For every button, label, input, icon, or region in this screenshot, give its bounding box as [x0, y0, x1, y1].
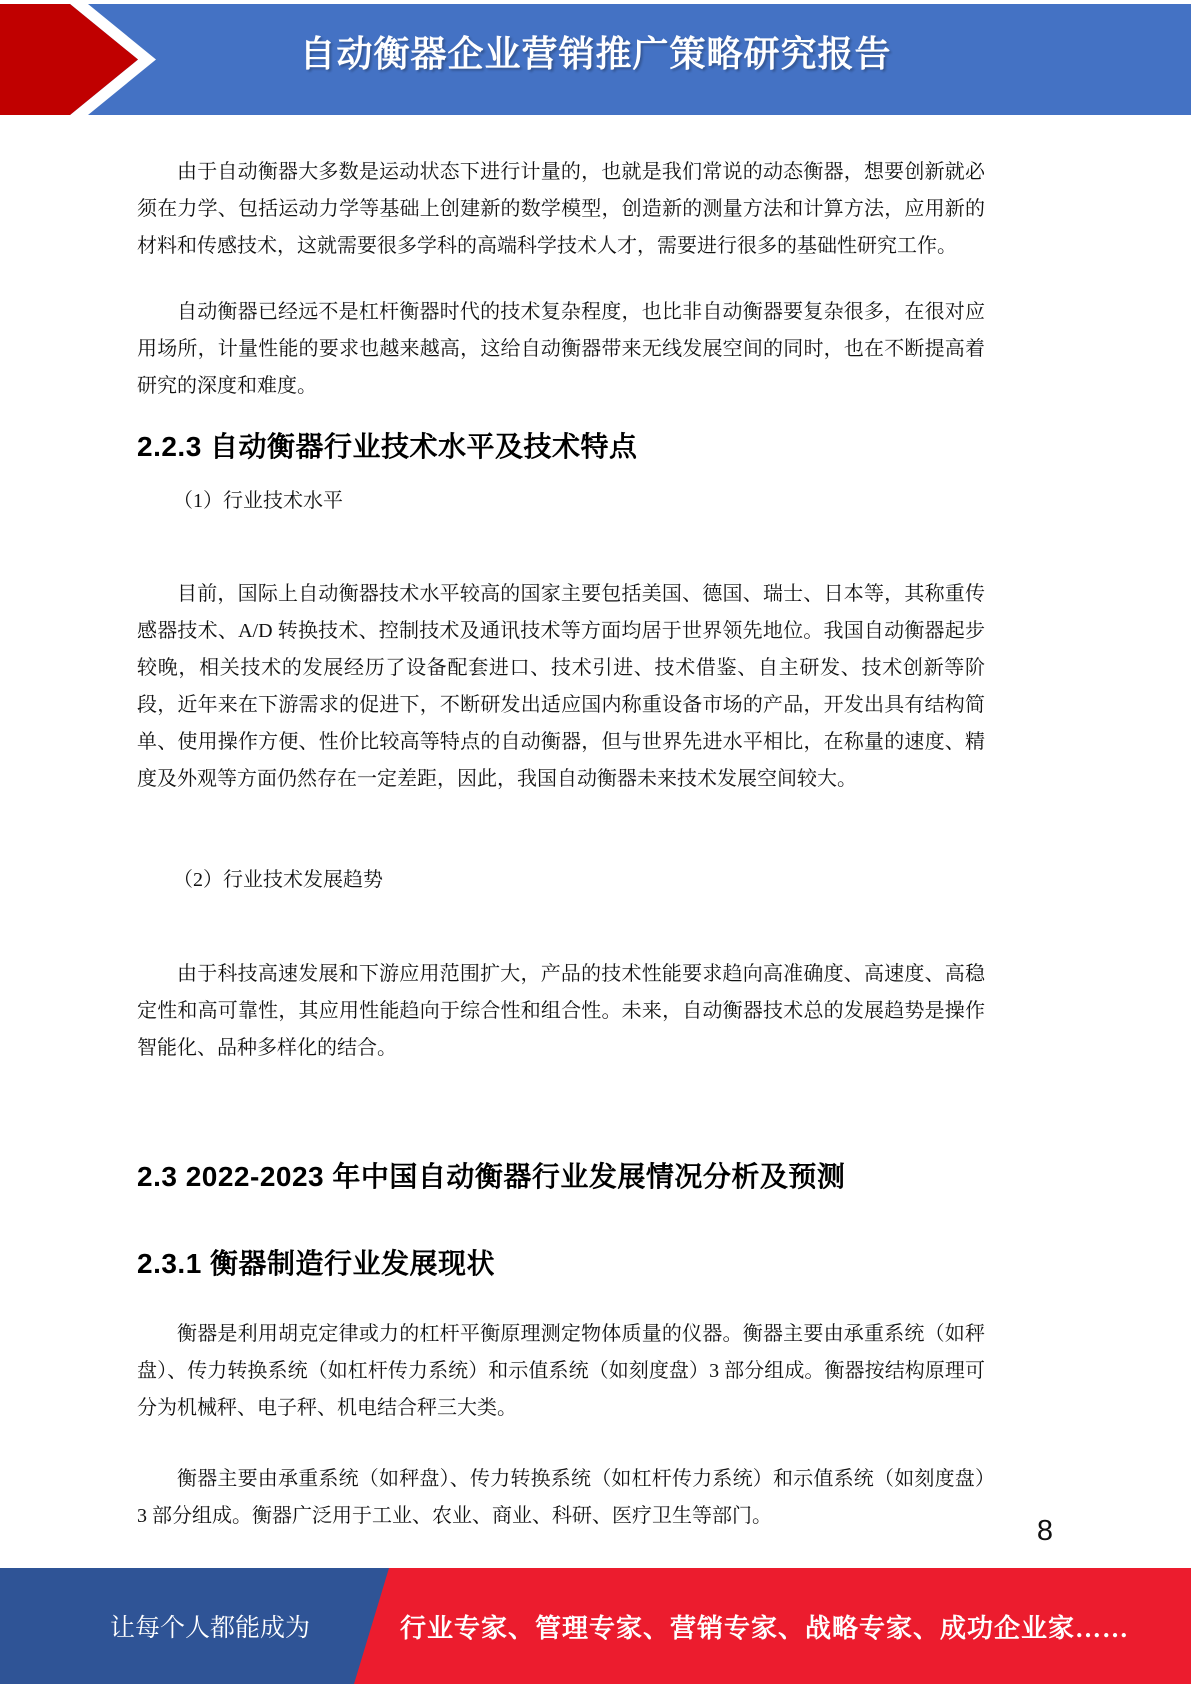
paragraph-scale-definition: 衡器是利用胡克定律或力的杠杆平衡原理测定物体质量的仪器。衡器主要由承重系统（如秤… — [137, 1316, 985, 1427]
paragraph-complexity: 自动衡器已经远不是杠杆衡器时代的技术复杂程度，也比非自动衡器要复杂很多，在很对应… — [137, 294, 985, 405]
paragraph-tech-level: 目前，国际上自动衡器技术水平较高的国家主要包括美国、德国、瑞士、日本等，其称重传… — [137, 576, 985, 798]
subitem-tech-trend: （2）行业技术发展趋势 — [137, 862, 985, 899]
header-bar: 自动衡器企业营销推广策略研究报告 — [0, 4, 1191, 115]
paragraph-dynamic-weighing: 由于自动衡器大多数是运动状态下进行计量的，也就是我们常说的动态衡器，想要创新就必… — [137, 154, 985, 265]
footer-banner: 让每个人都能成为 行业专家、管理专家、营销专家、战略专家、成功企业家…… — [0, 1568, 1191, 1684]
footer-slogan-left: 让每个人都能成为 — [60, 1568, 360, 1684]
subitem-industry-tech-level: （1）行业技术水平 — [137, 483, 985, 520]
footer-slogan-right: 行业专家、管理专家、营销专家、战略专家、成功企业家…… — [400, 1568, 1160, 1684]
section-heading-2-2-3: 2.2.3 自动衡器行业技术水平及技术特点 — [137, 427, 1037, 467]
report-title: 自动衡器企业营销推广策略研究报告 — [0, 32, 1191, 76]
paragraph-scale-composition: 衡器主要由承重系统（如秤盘）、传力转换系统（如杠杆传力系统）和示值系统（如刻度盘… — [137, 1461, 985, 1535]
page-number: 8 — [1025, 1514, 1065, 1548]
section-heading-2-3-1: 2.3.1 衡器制造行业发展现状 — [137, 1244, 1037, 1284]
paragraph-tech-trend: 由于科技高速发展和下游应用范围扩大，产品的技术性能要求趋向高准确度、高速度、高稳… — [137, 956, 985, 1067]
section-heading-2-3: 2.3 2022-2023 年中国自动衡器行业发展情况分析及预测 — [137, 1157, 1037, 1197]
document-page: 自动衡器企业营销推广策略研究报告 由于自动衡器大多数是运动状态下进行计量的，也就… — [0, 0, 1191, 1684]
